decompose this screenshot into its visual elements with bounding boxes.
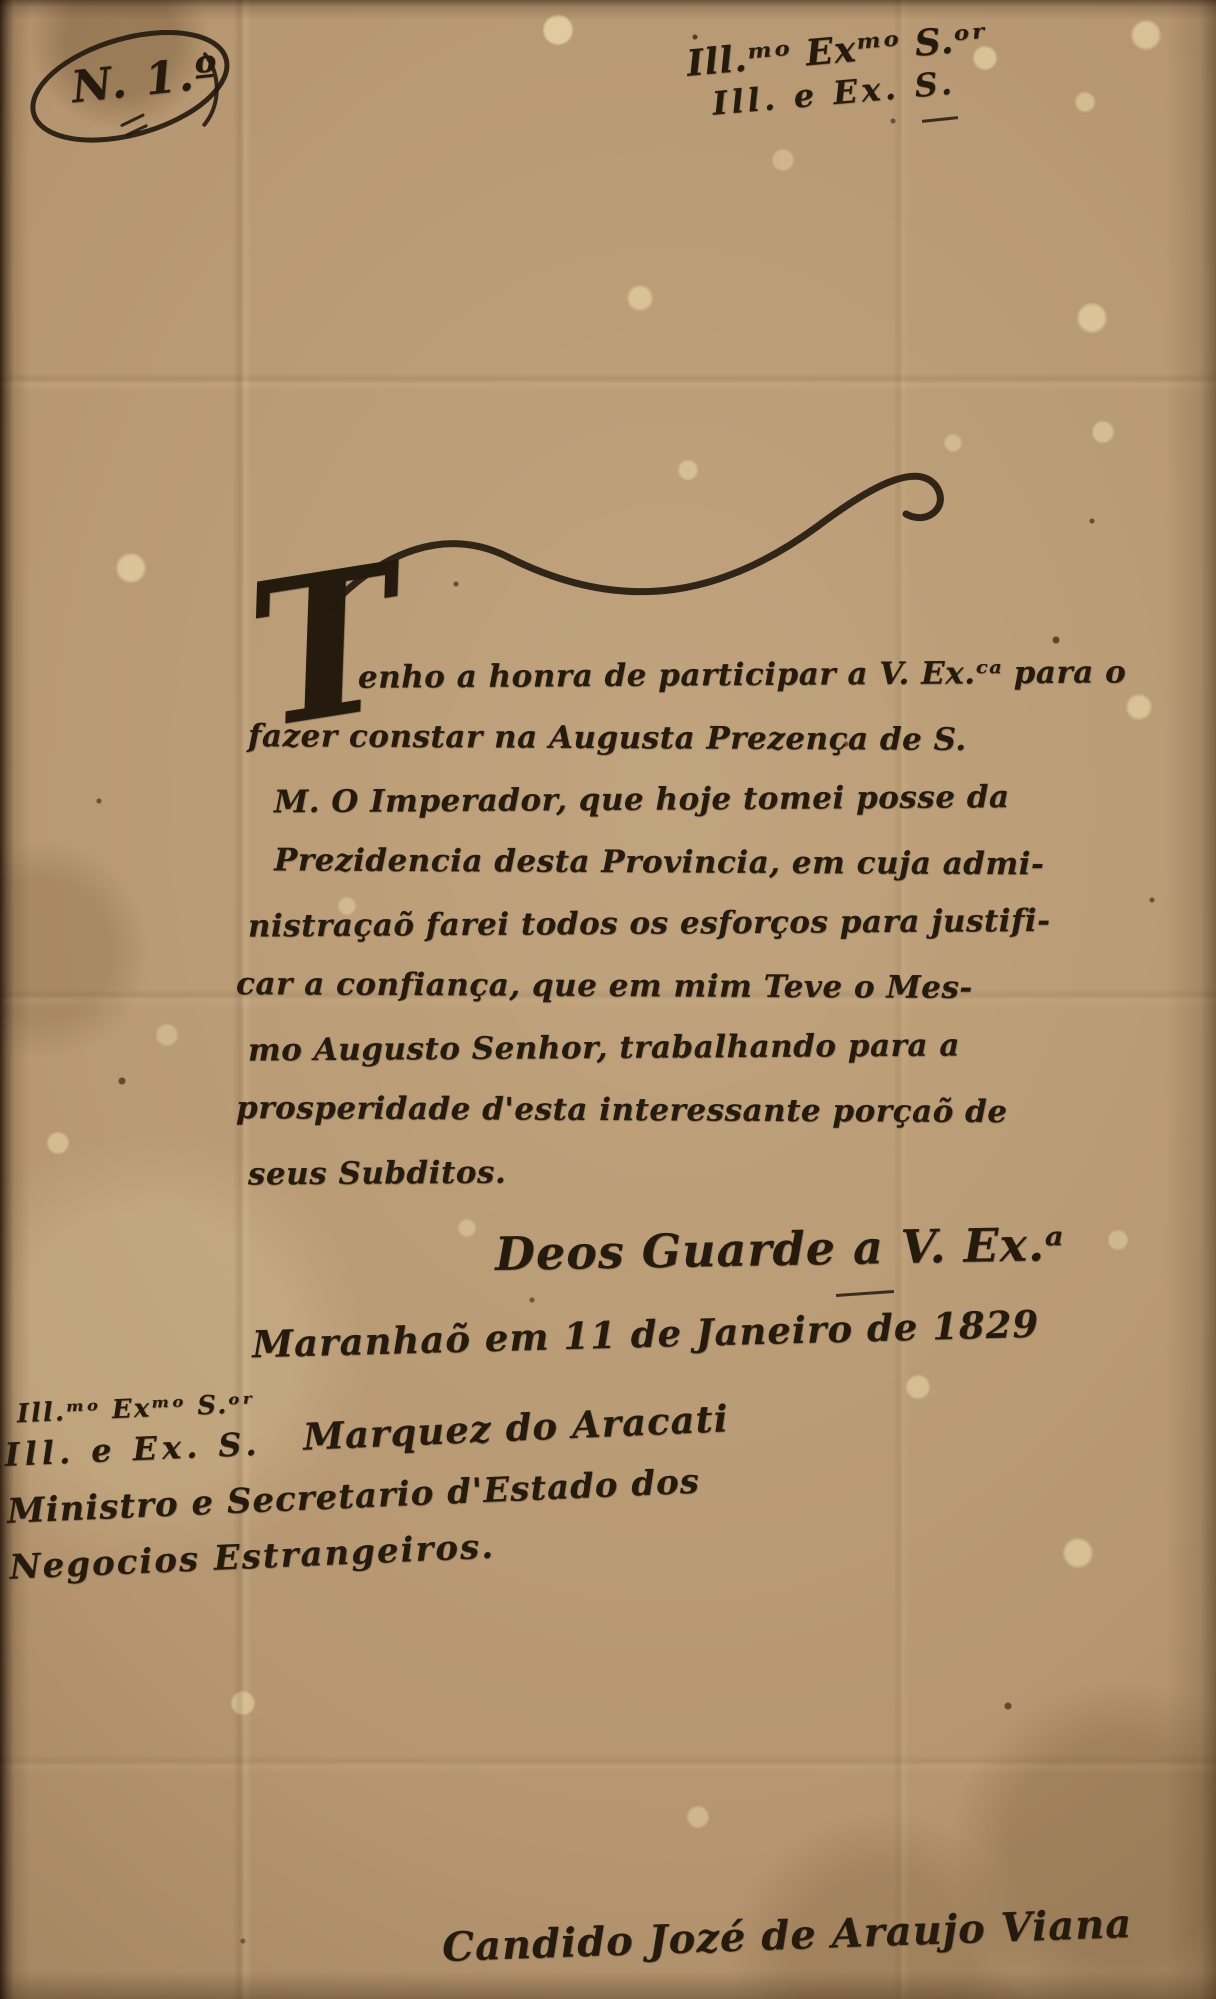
honorific-underline: [922, 116, 958, 123]
body-line: enho a honra de participar a V. Ex.ᶜᵃ pa…: [230, 655, 975, 722]
initial-swash-flourish: [300, 430, 960, 640]
dateline: Maranhaõ em 11 de Janeiro de 1829: [252, 1302, 1040, 1367]
addressee-honorific: Ill. e Ex. S.: [4, 1425, 262, 1474]
body-line: mo Augusto Senhor, trabalhando para a: [230, 1027, 975, 1094]
body-line: M. O Imperador, que hoje tomei posse da: [230, 779, 975, 846]
body-line: Prezidencia desta Provincia, em cuja adm…: [230, 842, 975, 908]
valediction-underline: [836, 1290, 894, 1297]
body-line: seus Subditos.: [230, 1151, 975, 1218]
body-line: fazer constar na Augusta Prezença de S.: [230, 718, 975, 784]
letter-body: enho a honra de participar a V. Ex.ᶜᵃ pa…: [230, 658, 975, 1216]
signature: Candido Jozé de Araujo Viana: [441, 1900, 1132, 1971]
header-honorifics: Ill.ᵐᵒ Exᵐᵒ S.ᵒʳ Ill. e Ex. S.: [685, 17, 983, 124]
doc-number-block: N. 1.º: [16, 13, 250, 162]
body-line: prosperidade d'esta interessante porçaõ …: [230, 1090, 975, 1156]
addressee-block: Ill.ᵐᵒ Exᵐᵒ S.ᵒʳ Ill. e Ex. S. Marquez d…: [2, 1368, 734, 1587]
body-line: car a confiança, que em mim Teve o Mes-: [230, 966, 975, 1032]
body-line: nistraçaõ farei todos os esforços para j…: [230, 903, 975, 970]
valediction: Deos Guarde a V. Ex.ᵃ: [495, 1217, 1066, 1281]
manuscript-page: N. 1.º Ill.ᵐᵒ Exᵐᵒ S.ᵒʳ Ill. e Ex. S. T …: [0, 0, 1216, 1999]
